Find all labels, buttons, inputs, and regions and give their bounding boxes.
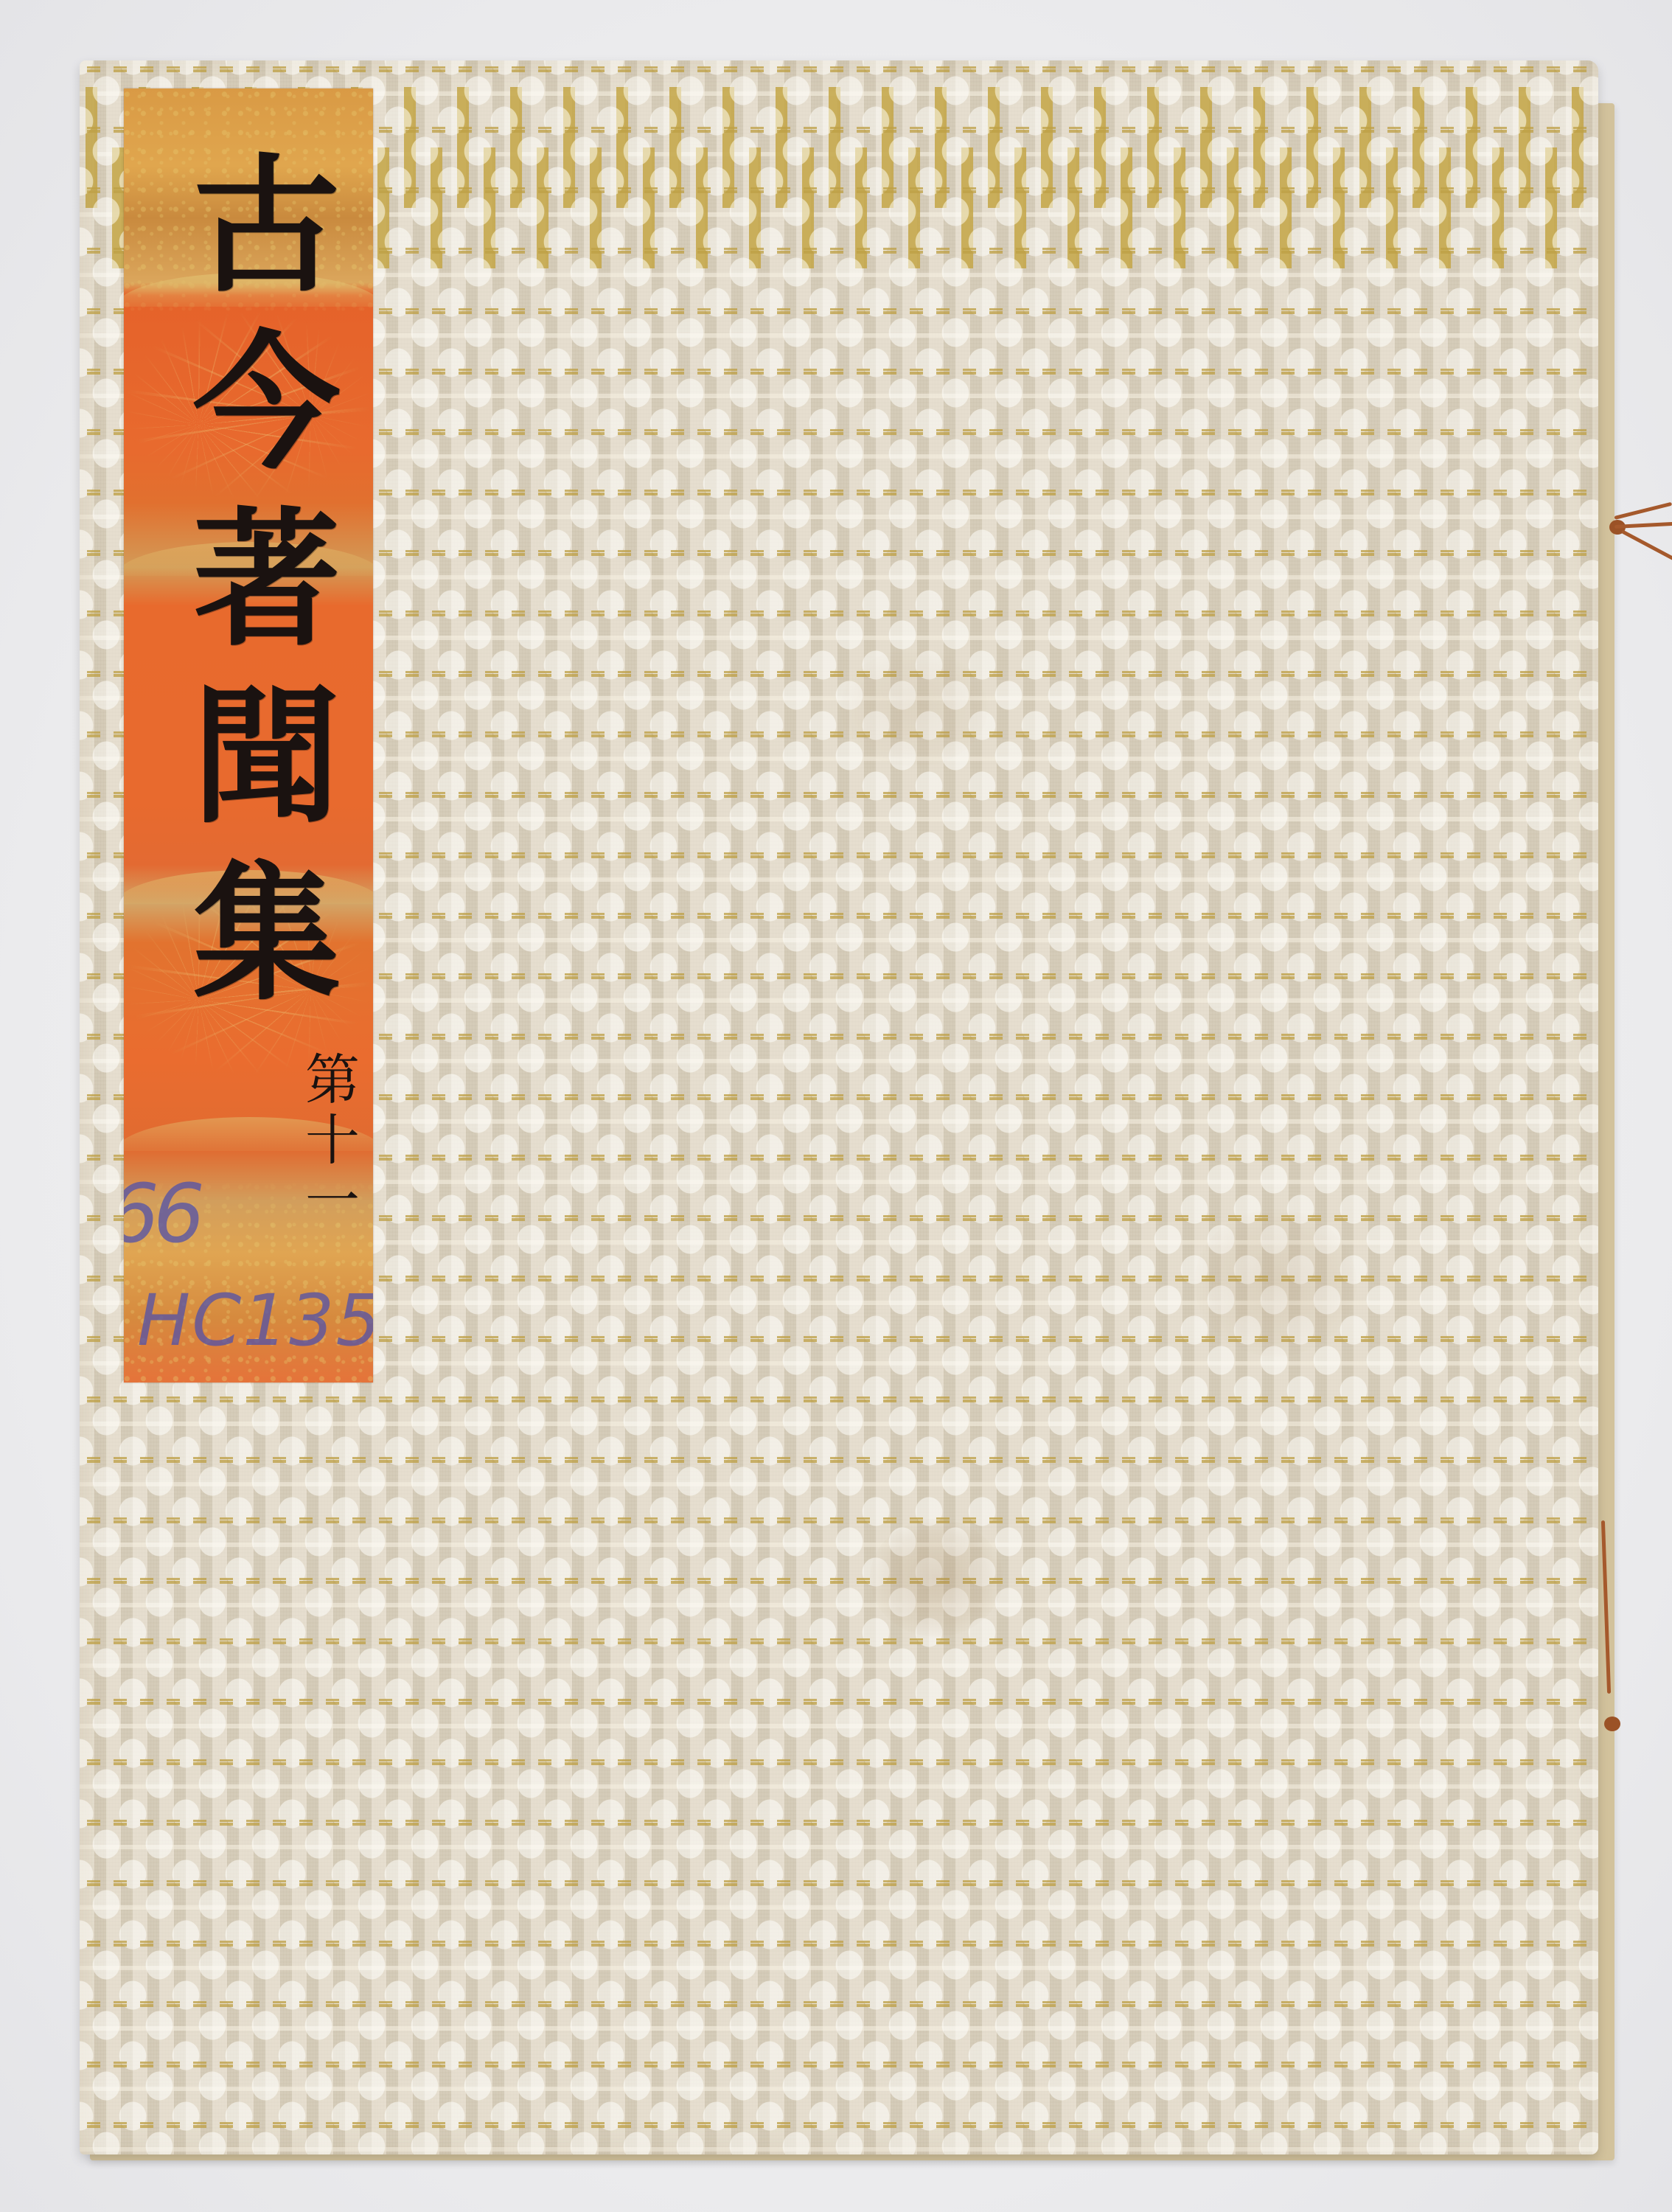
volume-number: 第十一 [295, 1051, 361, 1232]
pencil-annotation-catalog: HC1356 [137, 1279, 373, 1362]
cover-stain [840, 649, 988, 767]
cover-stain [1194, 1209, 1356, 1357]
title-slip: 古今著聞集 第十一 66 HC1356 [124, 88, 373, 1382]
binding-knot [1604, 1717, 1620, 1731]
cover-stain [870, 1519, 1003, 1637]
book-title: 古今著聞集 [170, 147, 339, 1032]
pencil-annotation: 66 [124, 1166, 199, 1261]
